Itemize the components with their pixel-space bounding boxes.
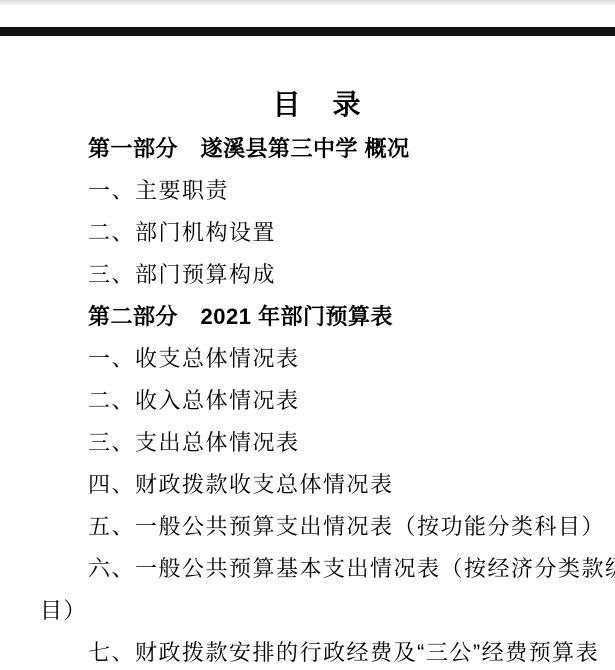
toc-item-part1-2: 二、部门机构设置 [40,212,595,254]
toc-item-part1-1: 一、主要职责 [40,170,595,212]
toc-item-part2-7: 七、财政拨款安排的行政经费及“三公”经费预算表 [40,632,595,670]
document-page: 目 录 第一部分 遂溪县第三中学 概况 一、主要职责 二、部门机构设置 三、部门… [0,0,615,670]
page: { "page": { "background_color": "#ffffff… [0,0,615,670]
document-title: 目 录 [40,84,595,126]
toc-item-part2-6-wrap: 目） [40,590,595,632]
toc-item-part1-3: 三、部门预算构成 [40,254,595,296]
toc-item-part2-3: 三、支出总体情况表 [40,422,595,464]
toc-item-part2-1: 一、收支总体情况表 [40,338,595,380]
document-content: 目 录 第一部分 遂溪县第三中学 概况 一、主要职责 二、部门机构设置 三、部门… [0,0,615,670]
toc-item-part2-5: 五、一般公共预算支出情况表（按功能分类科目） [40,506,595,548]
toc-item-part2-4: 四、财政拨款收支总体情况表 [40,464,595,506]
toc-heading-part2: 第二部分 2021 年部门预算表 [40,296,595,338]
toc-heading-part1: 第一部分 遂溪县第三中学 概况 [40,128,595,170]
toc-item-part2-6: 六、一般公共预算基本支出情况表（按经济分类款级科 [40,548,595,590]
toc-item-part2-2: 二、收入总体情况表 [40,380,595,422]
